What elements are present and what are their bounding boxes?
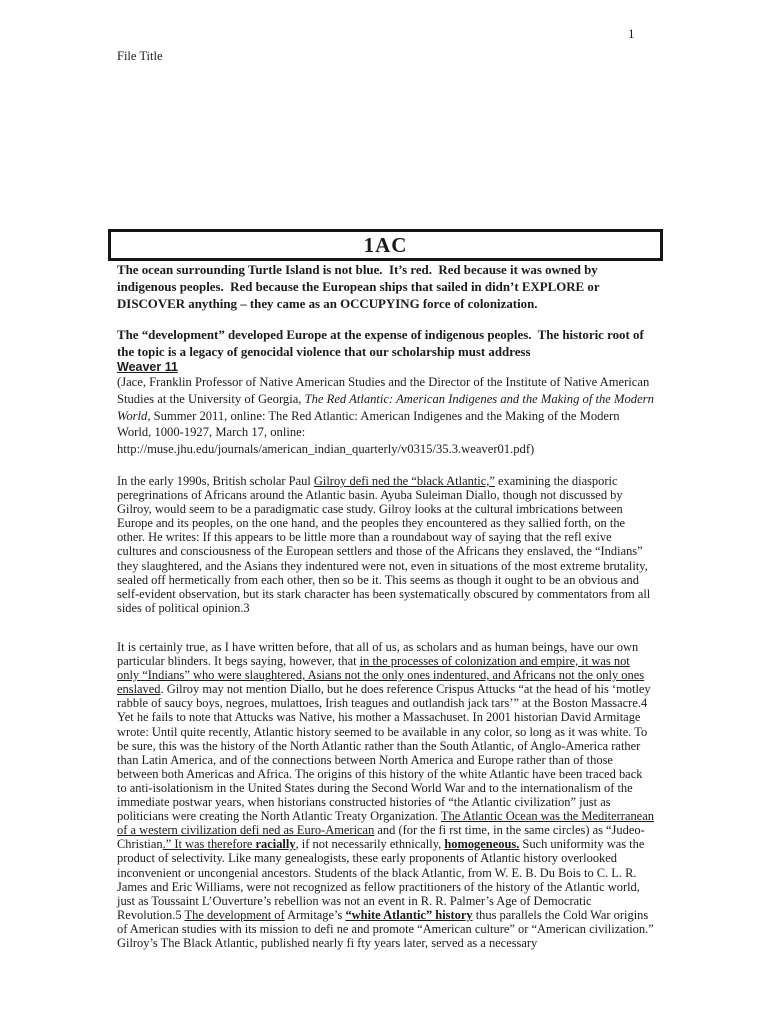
header-file-title: File Title	[117, 49, 163, 64]
text-segment: In the early 1990s, British scholar Paul	[117, 474, 314, 488]
text-segment: , Summer 2011, online: The Red Atlantic:…	[117, 409, 620, 457]
intro-paragraph: The ocean surrounding Turtle Island is n…	[117, 262, 654, 313]
heading-title: 1AC	[364, 233, 408, 257]
text-segment: . Gilroy may not mention Diallo, but he …	[117, 682, 651, 823]
text-segment: racially	[256, 837, 296, 851]
text-segment: , if not necessarily ethnically,	[296, 837, 445, 851]
text-segment: .” It was therefore	[163, 837, 256, 851]
cite-label: Weaver 11	[117, 360, 178, 374]
card-text-paragraph-1: In the early 1990s, British scholar Paul…	[117, 474, 654, 615]
text-segment: Gilroy defi ned the “black Atlantic,”	[314, 474, 495, 488]
text-segment: “white Atlantic” history	[345, 908, 472, 922]
document-page: { "page": { "page_number": "1", "header_…	[0, 0, 768, 1024]
text-segment: examining the diasporic peregrinations o…	[117, 474, 650, 615]
text-segment: homogeneous.	[444, 837, 519, 851]
text-segment: Armitage’s	[285, 908, 346, 922]
citation-paragraph: (Jace, Franklin Professor of Native Amer…	[117, 374, 654, 458]
page-number: 1	[628, 26, 635, 42]
text-segment: The development of	[185, 908, 285, 922]
heading-box: 1AC	[108, 229, 663, 261]
tag-paragraph: The “development” developed Europe at th…	[117, 327, 654, 361]
card-text-paragraph-2: It is certainly true, as I have written …	[117, 640, 654, 950]
